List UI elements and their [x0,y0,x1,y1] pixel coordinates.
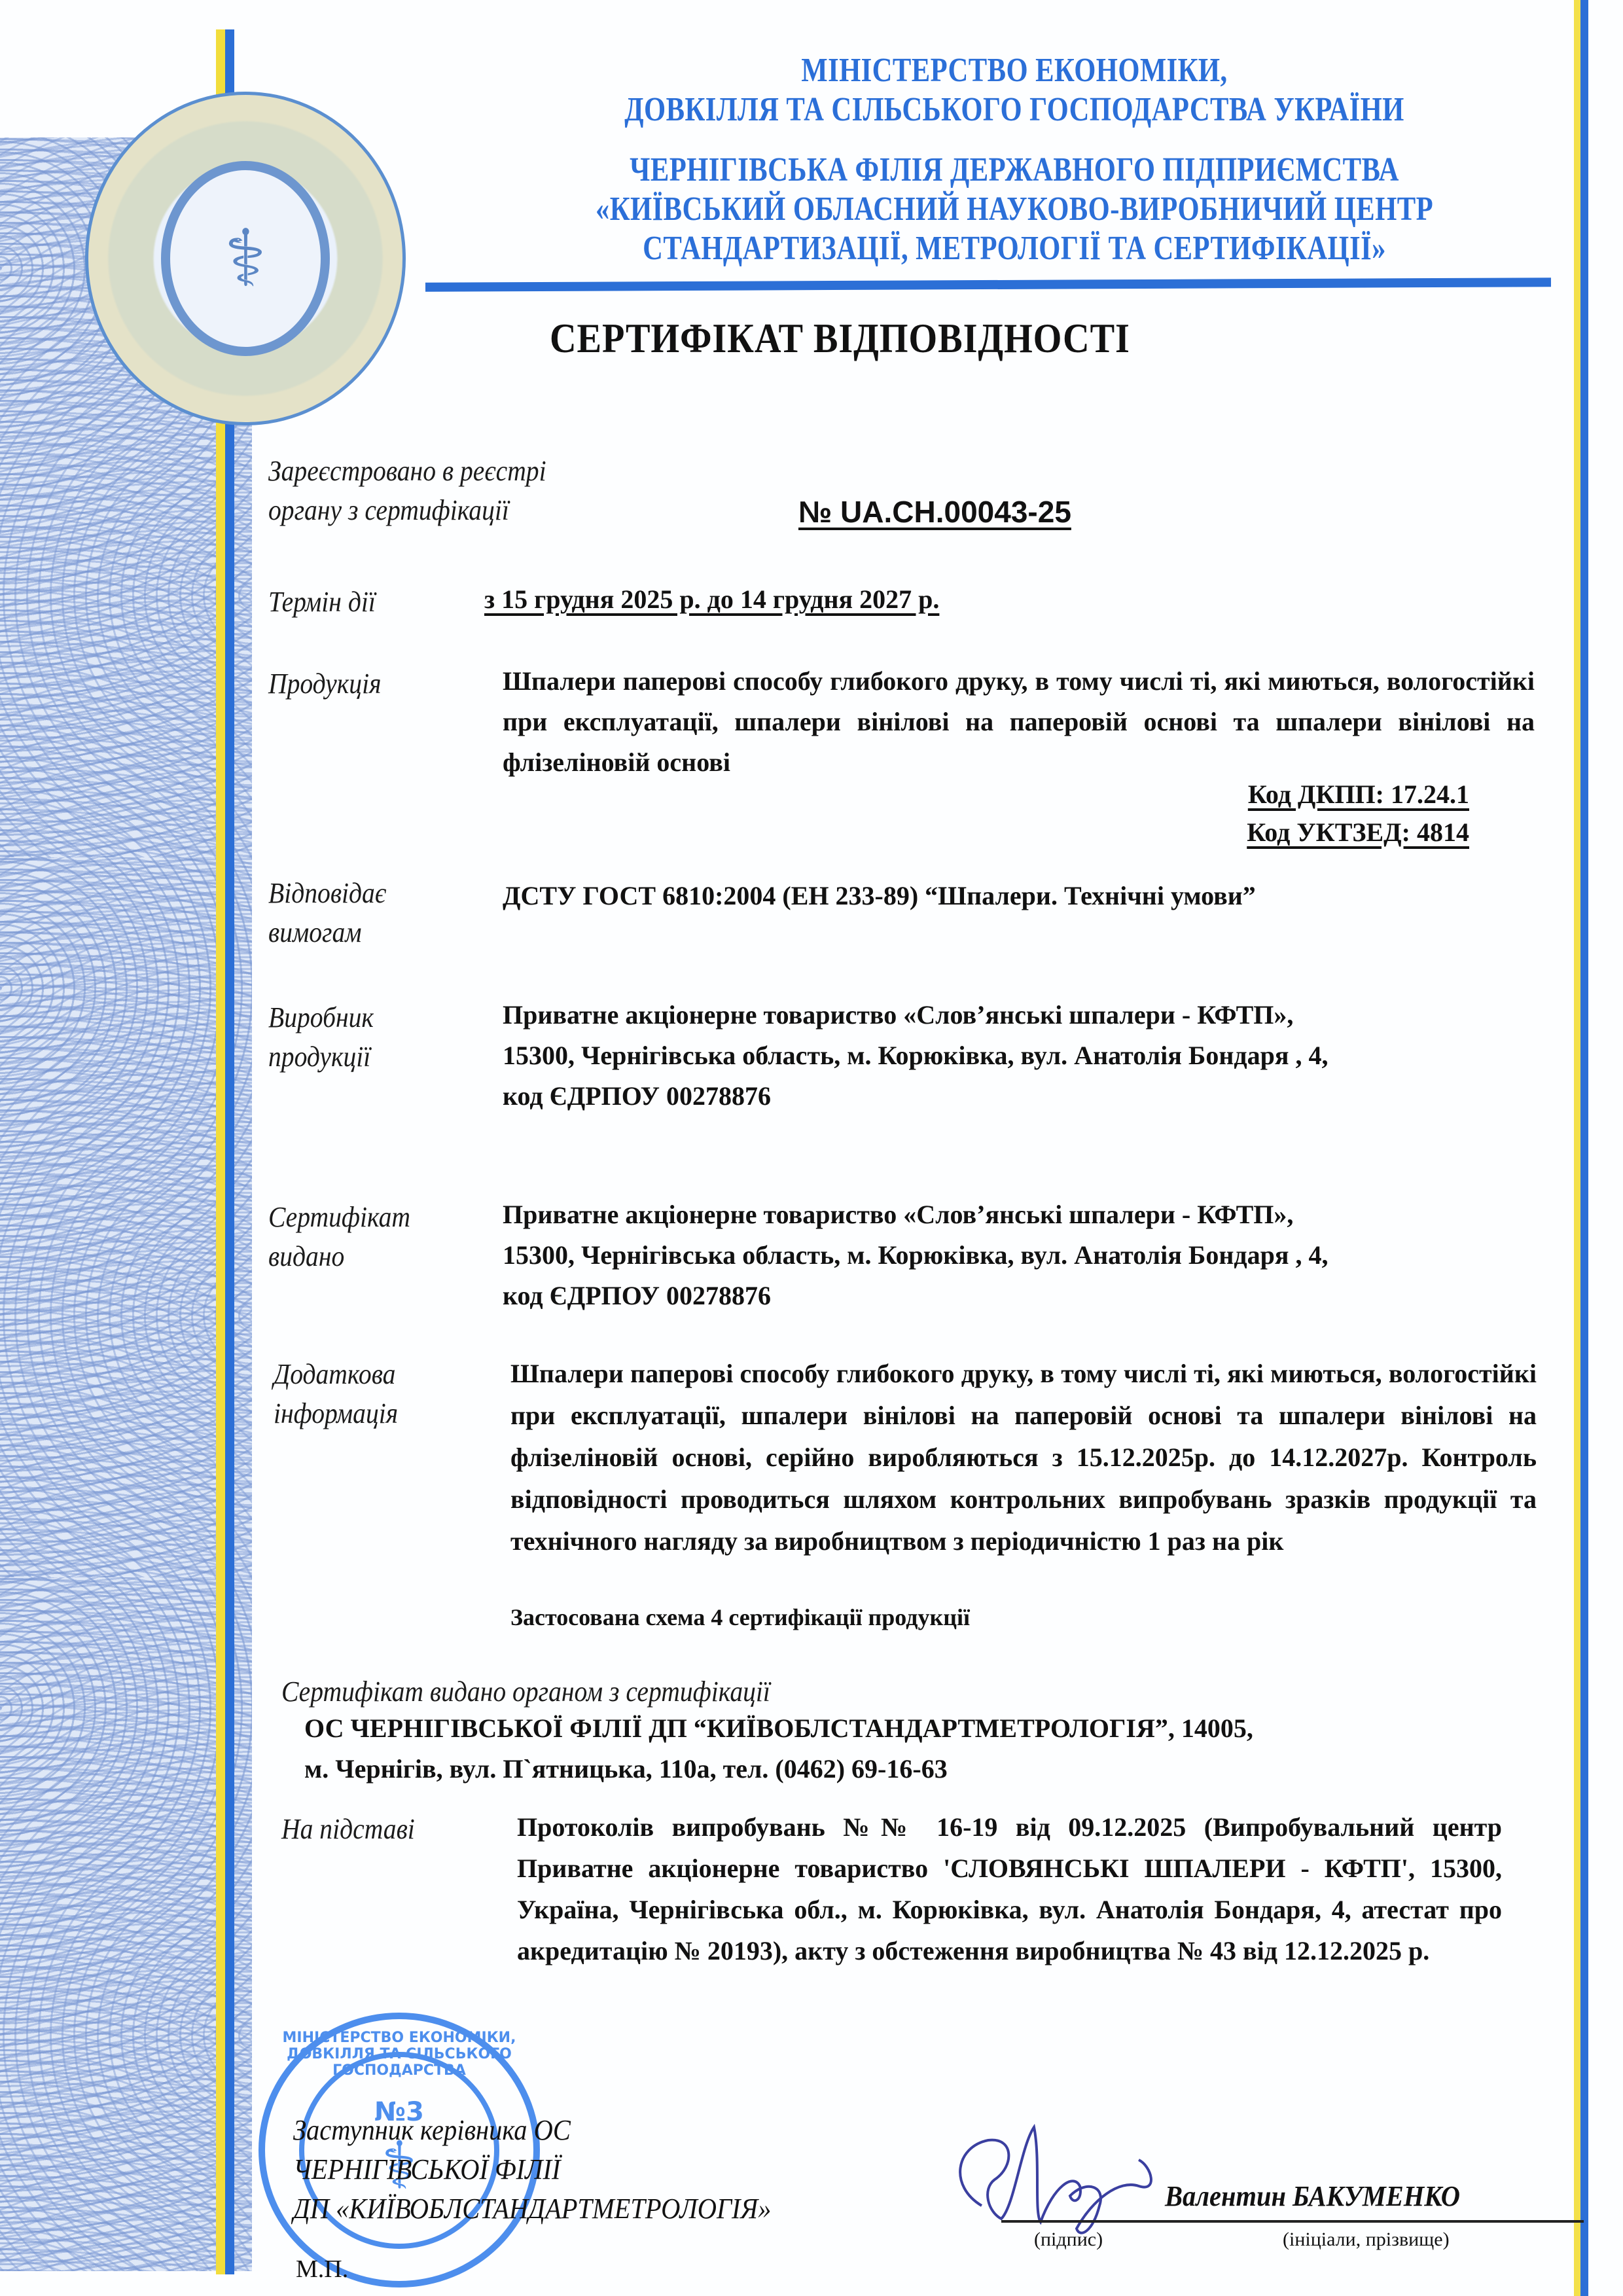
branch-line: СТАНДАРТИЗАЦІЇ, МЕТРОЛОГІЇ ТА СЕРТИФІКАЦ… [558,229,1471,268]
validity-label: Термін дії [268,583,376,622]
issued-to-label: Сертифікат видано [268,1198,410,1276]
guilloche-border [0,137,252,2271]
issued-to-details: Приватне акціонерне товариство «Слов’янс… [503,1194,1537,1316]
signatory-name: Валентин БАКУМЕНКО [1165,2179,1460,2213]
signatory-position: Заступник керівника ОС ЧЕРНІГІВСЬКОЇ ФІЛ… [293,2111,771,2229]
label-line: органу з сертифікації [268,491,546,530]
code-uktzed: Код УКТЗЕД: 4814 [1247,814,1469,852]
label-line: Зареєстровано в реєстрі [268,452,546,491]
branch-line: ЧЕРНІГІВСЬКА ФІЛІЯ ДЕРЖАВНОГО ПІДПРИЄМСТ… [558,151,1471,190]
product-description: Шпалери паперові способу глибокого друку… [503,661,1535,783]
label-line: видано [268,1237,410,1276]
name-caption: (ініціали, прізвище) [1283,2229,1450,2251]
document-title: СЕРТИФІКАТ ВІДПОВІДНОСТІ [550,314,1130,363]
product-label: Продукція [268,664,382,704]
label-line: вимогам [268,913,386,952]
basis-text: Протоколів випробувань №№ 16-19 від 09.1… [517,1806,1502,1971]
seal-place-label: М.П. [296,2255,348,2284]
caduceus-icon: ⚕ [161,161,330,356]
issuing-body-name: ОС ЧЕРНІГІВСЬКОЇ ФІЛІЇ ДП “КИЇВОБЛСТАНДА… [304,1708,1253,1749]
position-line: ЧЕРНІГІВСЬКОЇ ФІЛІЇ [293,2150,771,2189]
additional-info-text: Шпалери паперові способу глибокого друку… [510,1353,1537,1562]
label-line: інформація [274,1394,398,1433]
manufacturer-details: Приватне акціонерне товариство «Слов’янс… [503,995,1537,1117]
manufacturer-address: 15300, Чернігівська область, м. Корюківк… [503,1035,1537,1076]
signature-line [1001,2220,1584,2223]
requirements-label: Відповідає вимогам [268,874,386,952]
branch-header: ЧЕРНІГІВСЬКА ФІЛІЯ ДЕРЖАВНОГО ПІДПРИЄМСТ… [458,151,1571,268]
ministry-header: МІНІСТЕРСТВО ЕКОНОМІКИ, ДОВКІЛЛЯ ТА СІЛЬ… [458,51,1571,130]
basis-label: На підставі [281,1810,415,1849]
issuing-body-label: Сертифікат видано органом з сертифікації [281,1672,770,1712]
manufacturer-code: код ЄДРПОУ 00278876 [503,1076,1537,1117]
handwritten-signature-icon [942,2108,1217,2238]
requirements-standard: ДСТУ ГОСТ 6810:2004 (ЕН 233-89) “Шпалери… [503,876,1256,916]
product-codes: Код ДКПП: 17.24.1 Код УКТЗЕД: 4814 [1247,776,1469,852]
signature-caption: (підпис) [1034,2229,1103,2251]
issuing-body-details: ОС ЧЕРНІГІВСЬКОЇ ФІЛІЇ ДП “КИЇВОБЛСТАНДА… [304,1708,1253,1789]
manufacturer-name: Приватне акціонерне товариство «Слов’янс… [503,995,1537,1035]
certification-scheme: Застосована схема 4 сертифікації продукц… [510,1597,970,1638]
ministry-line: ДОВКІЛЛЯ ТА СІЛЬСЬКОГО ГОСПОДАРСТВА УКРА… [558,90,1471,130]
branch-line: «КИЇВСЬКИЙ ОБЛАСНИЙ НАУКОВО-ВИРОБНИЧИЙ Ц… [558,190,1471,229]
ministry-line: МІНІСТЕРСТВО ЕКОНОМІКИ, [558,51,1471,90]
additional-info-label: Додаткова інформація [274,1355,398,1433]
holder-code: код ЄДРПОУ 00278876 [503,1276,1537,1316]
right-stripe-blue [1580,0,1588,2296]
label-line: продукції [268,1037,374,1077]
right-stripe-yellow [1574,0,1580,2296]
label-line: Додаткова [274,1355,398,1394]
organization-emblem-icon: ⚕ [85,92,406,425]
validity-period: з 15 грудня 2025 р. до 14 грудня 2027 р. [484,579,939,620]
label-line: Сертифікат [268,1198,410,1237]
holder-name: Приватне акціонерне товариство «Слов’янс… [503,1194,1537,1235]
manufacturer-label: Виробник продукції [268,998,374,1077]
stamp-ring-text: МІНІСТЕРСТВО ЕКОНОМІКИ, ДОВКІЛЛЯ ТА СІЛЬ… [265,2030,533,2079]
label-line: Відповідає [268,874,386,913]
position-line: ДП «КИЇВОБЛСТАНДАРТМЕТРОЛОГІЯ» [293,2189,771,2229]
position-line: Заступник керівника ОС [293,2111,771,2150]
code-dkpp: Код ДКПП: 17.24.1 [1247,776,1469,814]
registration-number: № UA.CH.00043-25 [798,494,1071,529]
header-divider [425,278,1551,292]
registration-label: Зареєстровано в реєстрі органу з сертифі… [268,452,546,530]
issuing-body-address: м. Чернігів, вул. П`ятницька, 110а, тел.… [304,1749,1253,1789]
label-line: Виробник [268,998,374,1037]
holder-address: 15300, Чернігівська область, м. Корюківк… [503,1235,1537,1276]
